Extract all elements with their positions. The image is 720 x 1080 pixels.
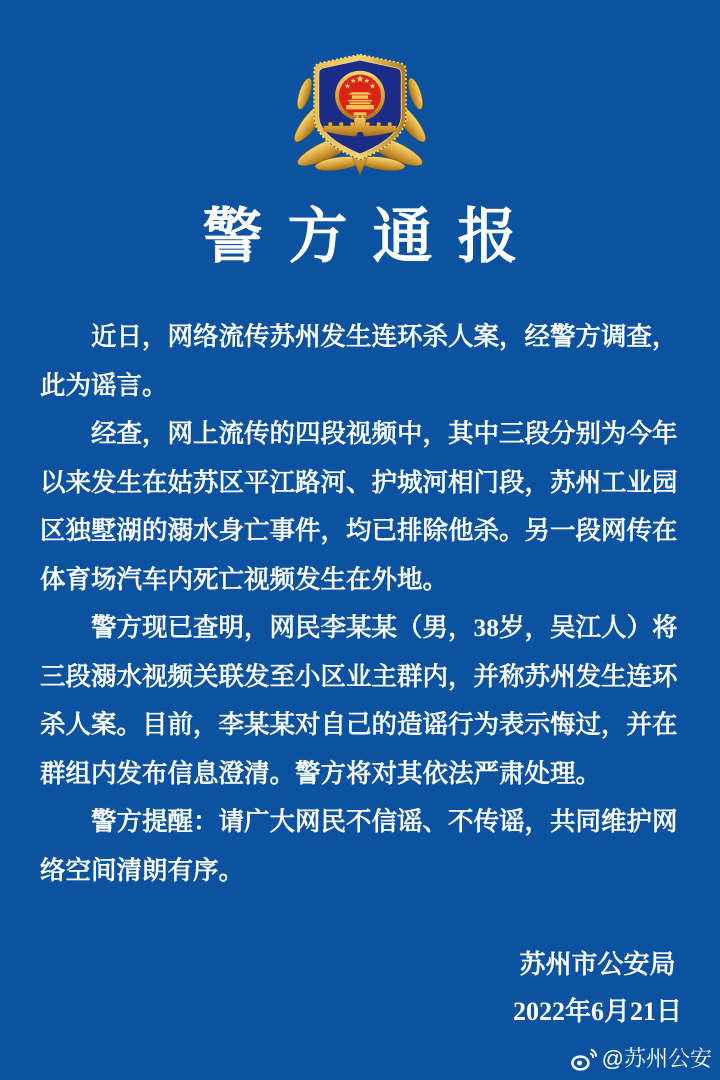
- text-line: 警方提醒：请广大网民不信谣、不传谣，共同维护网: [40, 798, 681, 847]
- notice-title: 警方通报: [0, 201, 720, 273]
- text-line: 近日，网络流传苏州发生连环杀人案，经警方调查，: [40, 313, 681, 362]
- weibo-icon: [570, 1047, 598, 1071]
- text-line: 络空间清朗有序。: [40, 847, 681, 896]
- notice-body: 近日，网络流传苏州发生连环杀人案，经警方调查， 此为谣言。 经查，网上流传的四段…: [40, 313, 681, 895]
- signature-block: 苏州市公安局 2022年6月21日: [513, 941, 682, 1035]
- text-line: 三段溺水视频关联发至小区业主群内，并称苏州发生连环: [40, 653, 681, 702]
- police-badge-emblem: [287, 42, 433, 176]
- text-line: 以来发生在姑苏区平江路河、护城河相门段，苏州工业园: [40, 459, 681, 508]
- issue-date: 2022年6月21日: [513, 988, 682, 1035]
- text-line: 经查，网上流传的四段视频中，其中三段分别为今年: [40, 410, 681, 459]
- gear: [353, 112, 366, 115]
- text-line: 群组内发布信息澄清。警方将对其依法严肃处理。: [40, 750, 681, 799]
- text-line: 体育场汽车内死亡视频发生在外地。: [40, 556, 681, 605]
- watermark: @苏州公安: [570, 1046, 712, 1072]
- text-line: 此为谣言。: [40, 362, 681, 411]
- issuer-name: 苏州市公安局: [513, 941, 682, 988]
- text-line: 警方现已查明，网民李某某（男，38岁，吴江人）将: [40, 604, 681, 653]
- watermark-handle: @苏州公安: [602, 1046, 712, 1072]
- text-line: 区独墅湖的溺水身亡事件，均已排除他杀。另一段网传在: [40, 507, 681, 556]
- text-line: 杀人案。目前，李某某对自己的造谣行为表示悔过，并在: [40, 701, 681, 750]
